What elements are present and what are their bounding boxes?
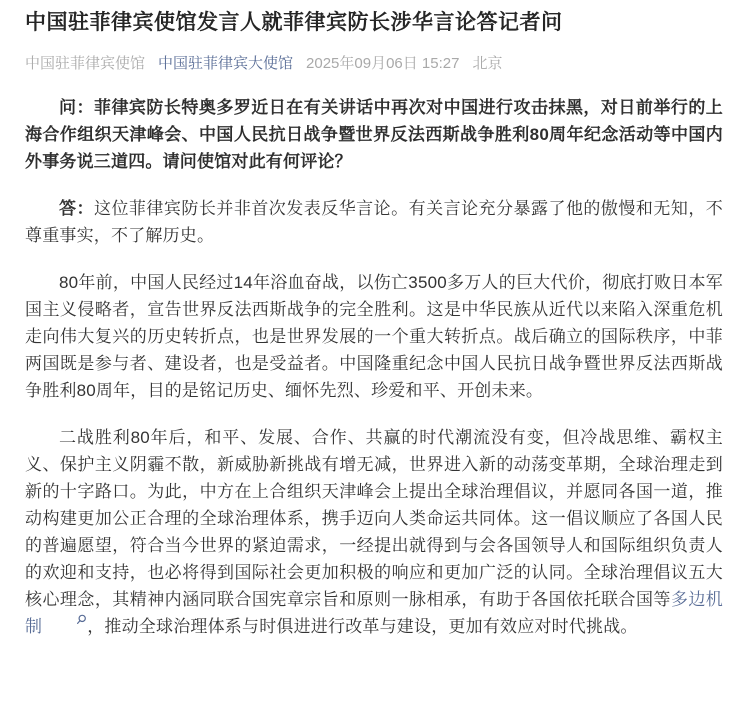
question-label: 问： (59, 98, 94, 117)
answer-text: 这位菲律宾防长并非首次发表反华言论。有关言论充分暴露了他的傲慢和无知，不尊重事实… (25, 199, 723, 245)
paragraph-history: 80年前，中国人民经过14年浴血奋战，以伤亡3500多万人的巨大代价，彻底打败日… (25, 269, 723, 404)
search-icon[interactable] (42, 614, 87, 625)
governance-text-after-link: ，推动全球治理体系与时俱进进行改革与建设，更加有效应对时代挑战。 (87, 617, 637, 636)
publish-time: 2025年09月06日 15:27 (306, 54, 459, 74)
governance-text-before-link: 二战胜利80年后，和平、发展、合作、共赢的时代潮流没有变，但冷战思维、霸权主义、… (25, 428, 723, 609)
article-title: 中国驻菲律宾使馆发言人就菲律宾防长涉华言论答记者问 (25, 0, 723, 38)
article-page: 中国驻菲律宾使馆发言人就菲律宾防长涉华言论答记者问 中国驻菲律宾使馆 中国驻菲律… (0, 0, 748, 720)
answer-paragraph: 答：这位菲律宾防长并非首次发表反华言论。有关言论充分暴露了他的傲慢和无知，不尊重… (25, 195, 723, 249)
account-link[interactable]: 中国驻菲律宾大使馆 (158, 54, 293, 74)
answer-label: 答： (59, 199, 94, 218)
article-meta: 中国驻菲律宾使馆 中国驻菲律宾大使馆 2025年09月06日 15:27 北京 (25, 54, 723, 74)
question-text: 菲律宾防长特奥多罗近日在有关讲话中再次对中国进行攻击抹黑，对日前举行的上海合作组… (25, 98, 723, 171)
question-paragraph: 问：菲律宾防长特奥多罗近日在有关讲话中再次对中国进行攻击抹黑，对日前举行的上海合… (25, 94, 723, 175)
paragraph-governance: 二战胜利80年后，和平、发展、合作、共赢的时代潮流没有变，但冷战思维、霸权主义、… (25, 424, 723, 640)
publish-location: 北京 (472, 54, 502, 74)
article-body: 问：菲律宾防长特奥多罗近日在有关讲话中再次对中国进行攻击抹黑，对日前举行的上海合… (25, 94, 723, 640)
author-name: 中国驻菲律宾使馆 (25, 54, 145, 74)
